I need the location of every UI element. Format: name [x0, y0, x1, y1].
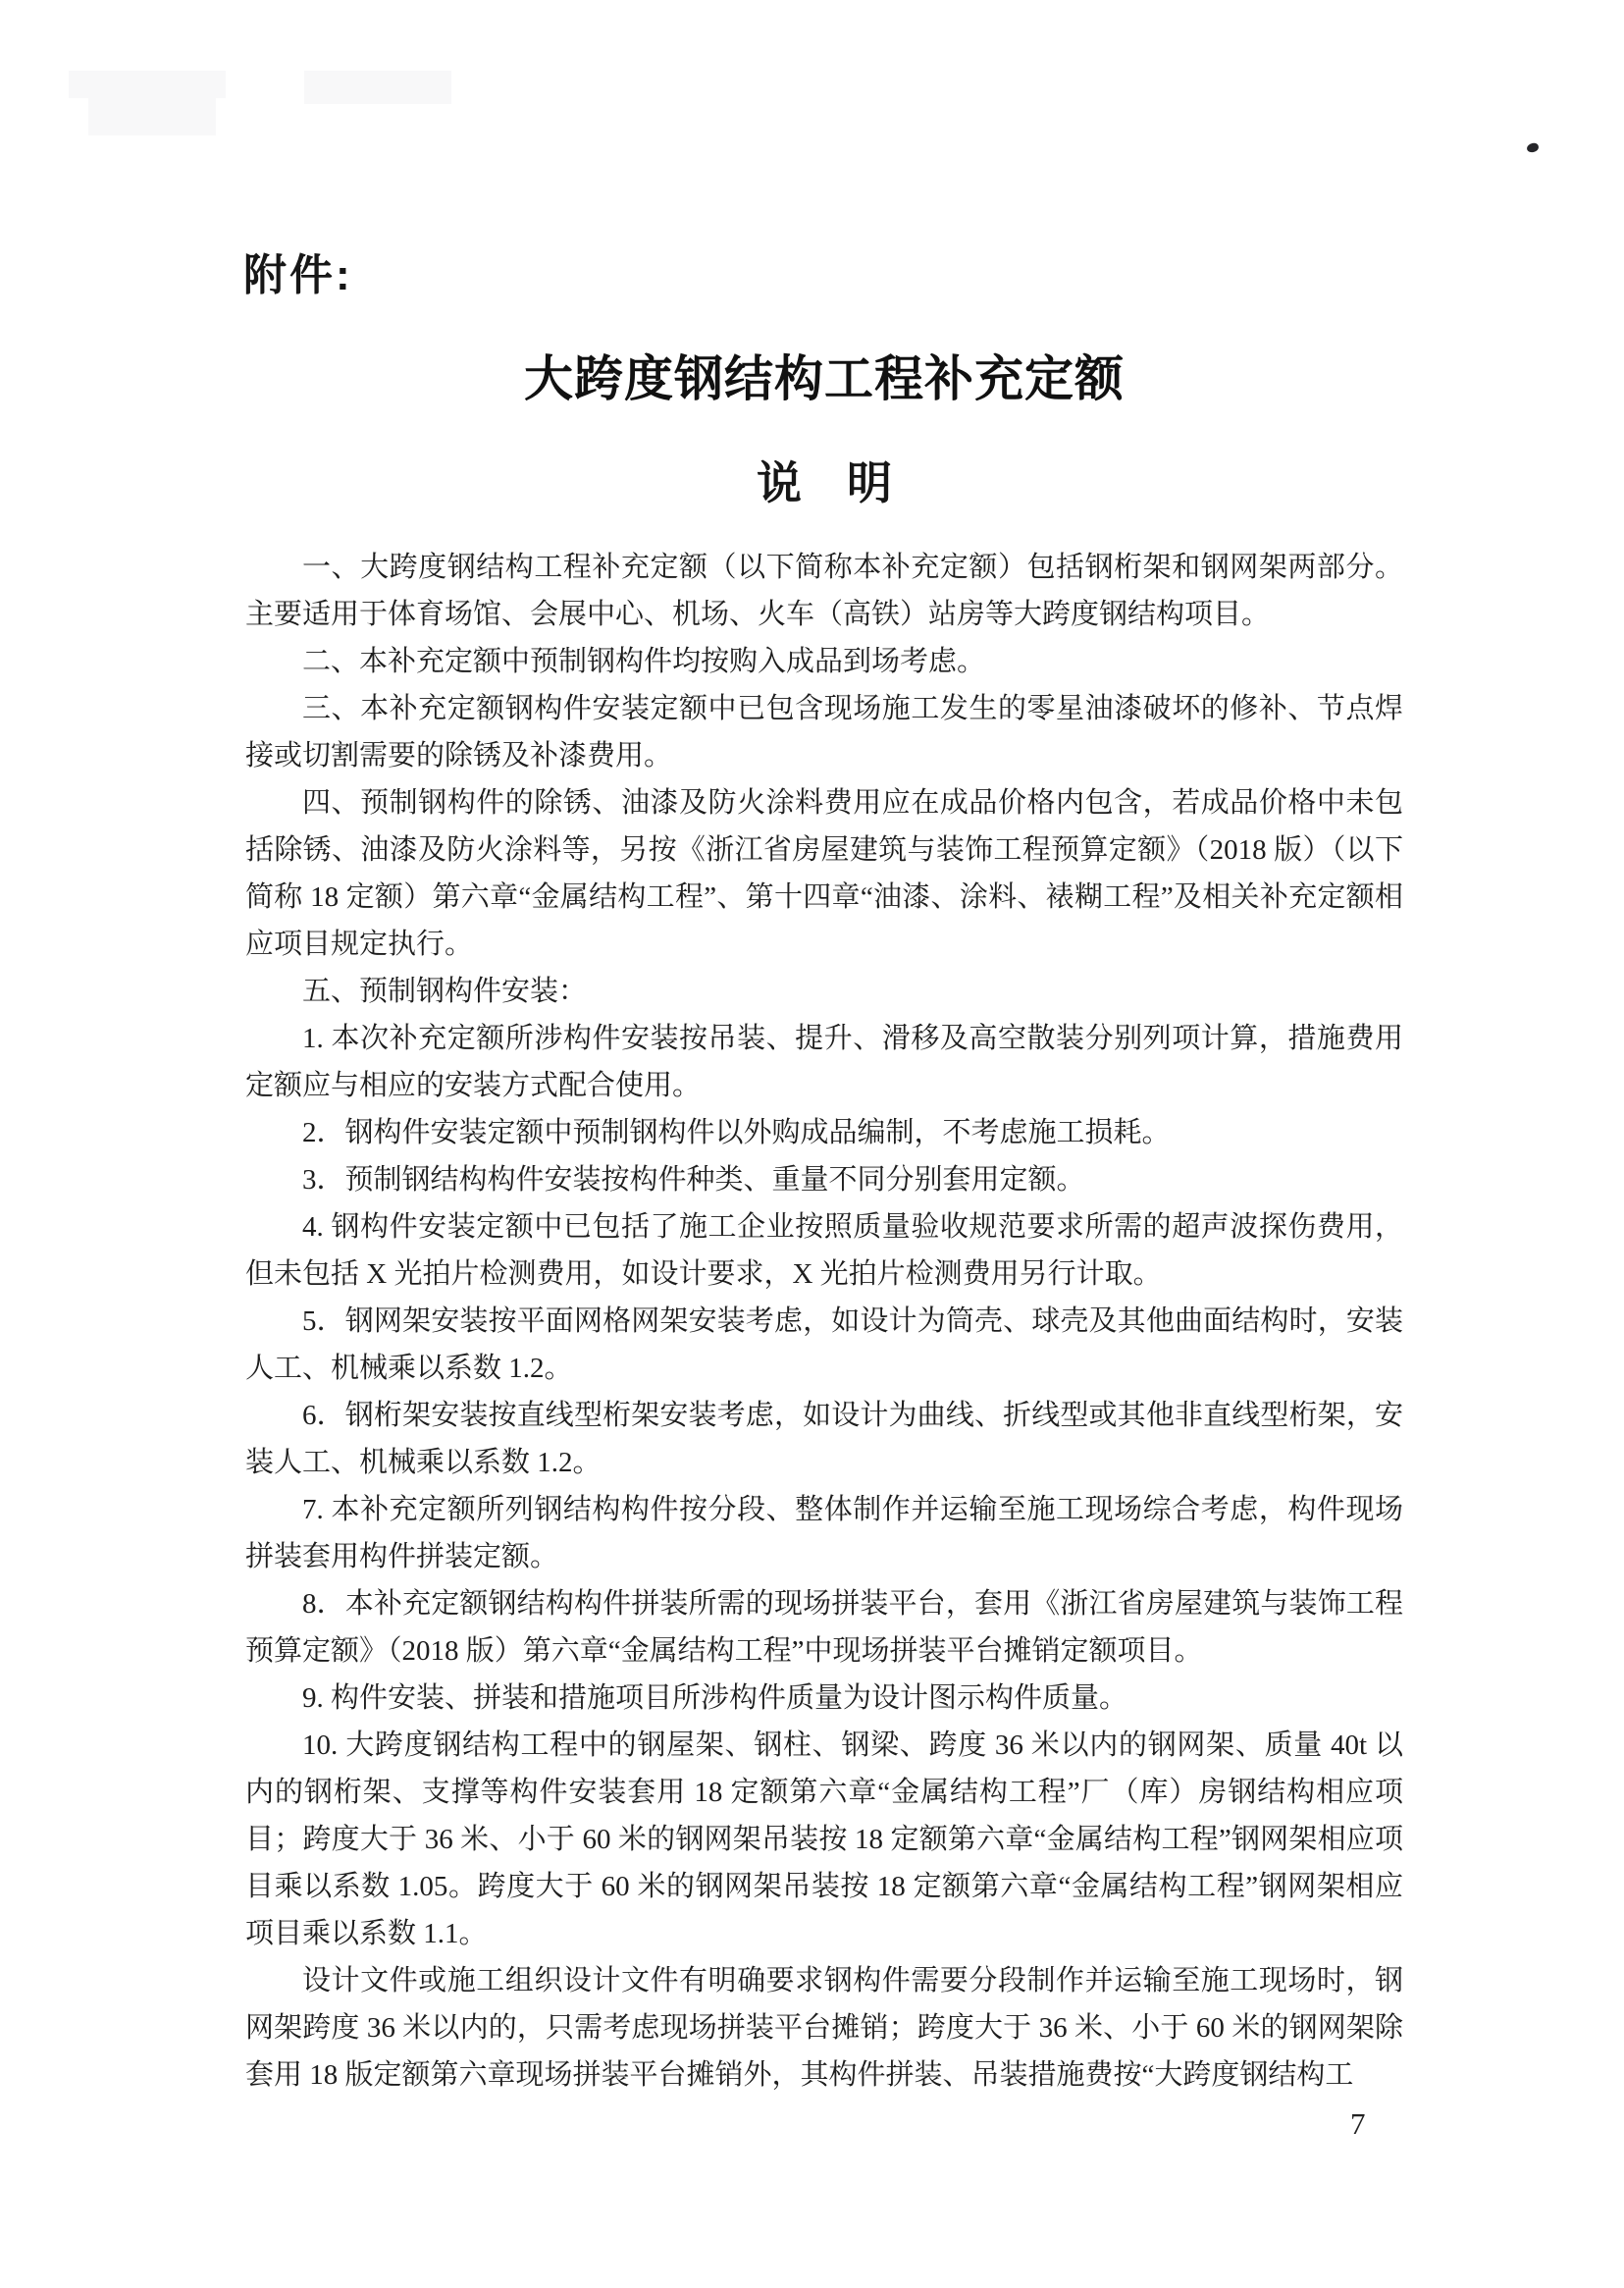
paragraph: 2．钢构件安装定额中预制钢构件以外购成品编制，不考虑施工损耗。	[245, 1109, 1403, 1156]
attachment-label: 附件:	[243, 239, 353, 302]
paragraph: 6．钢桁架安装按直线型桁架安装考虑，如设计为曲线、折线型或其他非直线型桁架，安装…	[245, 1392, 1403, 1486]
page-number: 7	[1350, 2106, 1366, 2142]
scan-smudge-icon	[304, 71, 451, 104]
document-page: 附件: 大跨度钢结构工程补充定额 说 明 一、大跨度钢结构工程补充定额（以下简称…	[0, 0, 1624, 2288]
paragraph: 3．预制钢结构构件安装按构件种类、重量不同分别套用定额。	[245, 1156, 1403, 1203]
page-title: 大跨度钢结构工程补充定额	[245, 340, 1403, 410]
paragraph: 1. 本次补充定额所涉构件安装按吊装、提升、滑移及高空散装分别列项计算，措施费用…	[245, 1015, 1403, 1109]
document-body: 一、大跨度钢结构工程补充定额（以下简称本补充定额）包括钢桁架和钢网架两部分。主要…	[245, 544, 1403, 2099]
paragraph: 4. 钢构件安装定额中已包括了施工企业按照质量验收规范要求所需的超声波探伤费用，…	[245, 1203, 1403, 1298]
paragraph: 7. 本补充定额所列钢结构构件按分段、整体制作并运输至施工现场综合考虑，构件现场…	[245, 1486, 1403, 1580]
paragraph: 8．本补充定额钢结构构件拼装所需的现场拼装平台，套用《浙江省房屋建筑与装饰工程预…	[245, 1580, 1403, 1675]
scan-smudge-icon	[88, 98, 216, 135]
paragraph: 三、本补充定额钢构件安装定额中已包含现场施工发生的零星油漆破坏的修补、节点焊接或…	[245, 685, 1403, 779]
section-heading: 说 明	[245, 448, 1403, 512]
paragraph: 5．钢网架安装按平面网格网架安装考虑，如设计为筒壳、球壳及其他曲面结构时，安装人…	[245, 1298, 1403, 1392]
scan-smudge-icon	[69, 71, 226, 98]
paragraph: 四、预制钢构件的除锈、油漆及防火涂料费用应在成品价格内包含，若成品价格中未包括除…	[245, 779, 1403, 968]
ink-speck-icon	[1526, 142, 1540, 153]
paragraph: 10. 大跨度钢结构工程中的钢屋架、钢柱、钢梁、跨度 36 米以内的钢网架、质量…	[245, 1722, 1403, 1957]
paragraph: 二、本补充定额中预制钢构件均按购入成品到场考虑。	[245, 638, 1403, 685]
paragraph: 一、大跨度钢结构工程补充定额（以下简称本补充定额）包括钢桁架和钢网架两部分。主要…	[245, 544, 1403, 638]
paragraph: 五、预制钢构件安装：	[245, 968, 1403, 1015]
paragraph: 设计文件或施工组织设计文件有明确要求钢构件需要分段制作并运输至施工现场时，钢网架…	[245, 1957, 1403, 2099]
paragraph: 9. 构件安装、拼装和措施项目所涉构件质量为设计图示构件质量。	[245, 1675, 1403, 1722]
